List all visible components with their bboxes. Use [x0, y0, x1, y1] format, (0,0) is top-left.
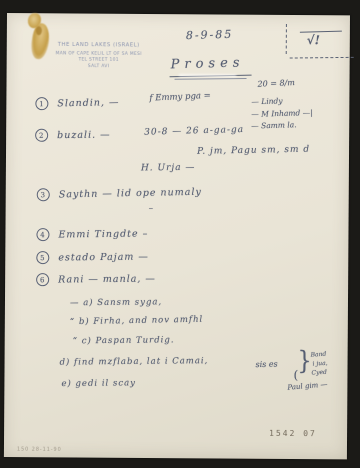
stain-core — [36, 26, 42, 35]
archive-page-number: 1542 07 — [269, 429, 317, 438]
margin-note-top: 20 = 8/m — [257, 78, 295, 89]
list-item-5: 5estado Pajam — — [36, 250, 149, 264]
list-item-4-text: Emmi Tingdte – — [58, 229, 148, 241]
sub-item-e: e) gedi il scay — [61, 378, 136, 389]
handwritten-date: 8-9-85 — [186, 28, 234, 42]
pencil-note: 150 28-11-90 — [17, 446, 62, 452]
brace-note-2: i jua, — [312, 360, 327, 368]
list-item-4-number: 4 — [36, 228, 49, 241]
checkbox-underline-dashed — [290, 57, 354, 59]
sub-item-d: d) find mzflaba, lat i Camai, — [60, 356, 209, 368]
brace-note-below: Paul gim — — [287, 381, 328, 392]
scanned-page: THE LAND LAKES (ISRAEL) MAN OF CAPE KELI… — [4, 13, 350, 459]
item-2-continuation-2: P. jm, Pagu sm, sm d — [197, 145, 310, 157]
brace-note-3: Cyed — [311, 369, 327, 377]
item-2-continuation-3: H. Urja — — [141, 163, 196, 174]
margin-list-line-3: — Samm la. — [251, 120, 297, 130]
paren-icon: ( — [293, 368, 298, 382]
list-item-1-text: Slandin, — — [57, 97, 119, 109]
list-item-2: 2buzali. — — [35, 128, 111, 142]
list-item-5-text: estado Pajam — — [58, 252, 149, 264]
sub-item-b: “ b) Firha, and nov amfhl — [70, 315, 204, 328]
list-item-4: 4Emmi Tingdte – — [36, 227, 148, 241]
title-underline-2 — [175, 78, 247, 80]
check-mark-icon: √! — [307, 33, 320, 47]
list-item-6-text: Rani — manla, — — [58, 274, 156, 286]
list-item-1: 1Slandin, — — [35, 96, 119, 111]
sub-item-d-tail: sis es — [255, 360, 277, 370]
list-item-2-text: buzali. — — [57, 130, 111, 142]
margin-list-line-2: — M Inhamd —| — [251, 108, 313, 119]
margin-list-line-1: — Lindy — [251, 96, 282, 106]
item-2-continuation-1: 30-8 — 26 a-ga-ga — [144, 125, 244, 138]
list-item-3: 3Saythn — lid ope numaly — [37, 185, 202, 201]
sub-item-c: “ c) Paspan Turdig. — [73, 335, 175, 346]
list-item-1-number: 1 — [35, 97, 48, 110]
page-title: Proses — [170, 55, 244, 72]
scan-glare-streak — [179, 74, 237, 76]
checkbox-left-dashed-line — [286, 24, 287, 54]
sub-item-a: — a) Sansm syga, — [70, 297, 162, 308]
list-item-3-text: Saythn — lid ope numaly — [59, 187, 202, 201]
brace-note-1: Band — [310, 351, 326, 359]
list-item-3-number: 3 — [37, 188, 50, 201]
list-item-6: 6Rani — manla, — — [36, 272, 156, 286]
letterhead-line-4: SALT AVI — [41, 62, 157, 69]
list-item-2-number: 2 — [35, 129, 48, 142]
item-3-dash: – — [149, 204, 154, 214]
list-item-5-number: 5 — [36, 251, 49, 264]
letterhead: THE LAND LAKES (ISRAEL) MAN OF CAPE KELI… — [41, 41, 157, 69]
list-item-6-number: 6 — [36, 273, 49, 286]
item-1-side-note: f Emmy pga = — [149, 91, 211, 104]
